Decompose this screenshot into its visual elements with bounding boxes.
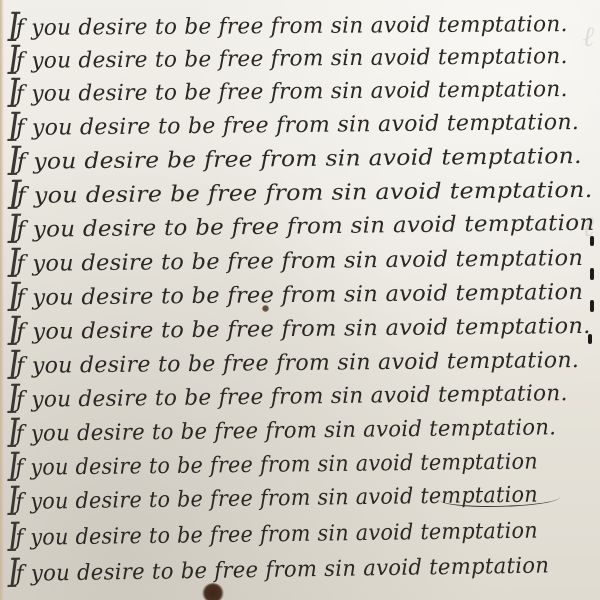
line-capital: I — [7, 554, 20, 594]
bleed-through-marks: ℓ — [582, 20, 594, 54]
margin-ink-mark — [590, 236, 594, 246]
handwritten-page: ℓ ℓ If you desire to be free from sin av… — [0, 0, 600, 600]
ink-speck — [262, 305, 269, 312]
handwriting-line: If you desire to be free from sin avoid … — [6, 539, 550, 588]
line-text: f you desire to be free from sin avoid t… — [16, 553, 550, 586]
margin-ink-mark — [590, 300, 594, 312]
pen-flourish — [440, 490, 560, 507]
page-left-edge — [0, 0, 4, 600]
margin-ink-mark — [590, 268, 594, 280]
ink-stain — [202, 583, 224, 600]
margin-ink-mark — [588, 334, 592, 344]
